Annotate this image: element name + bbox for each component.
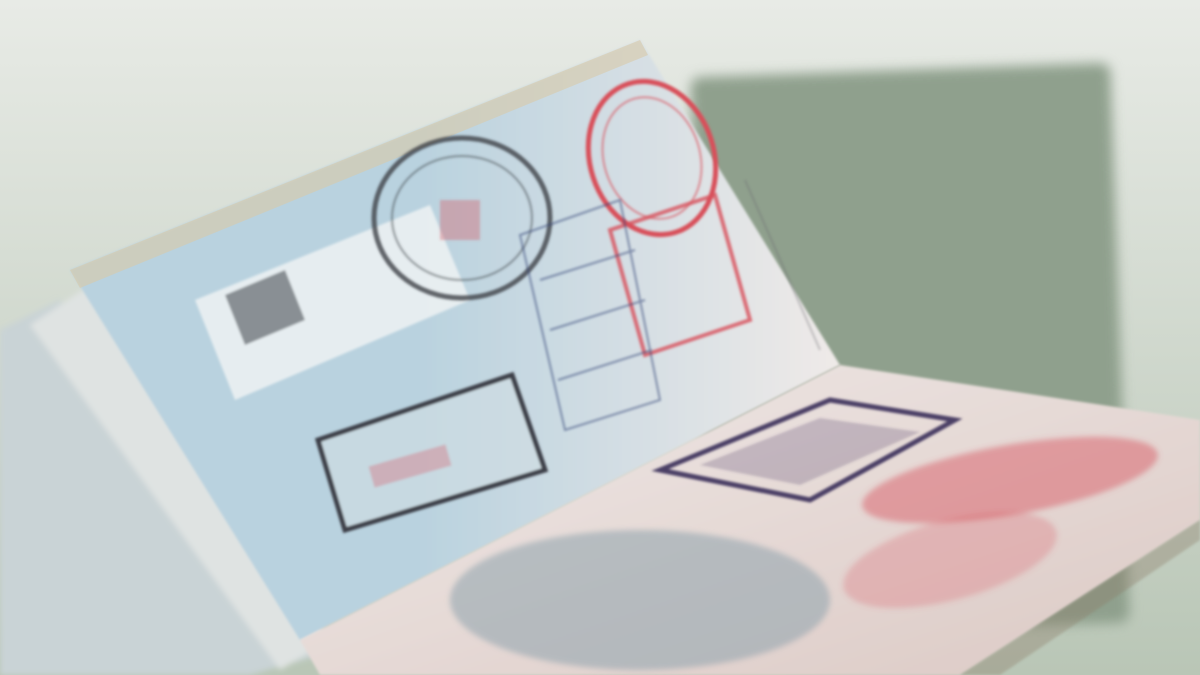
passport-photo — [0, 0, 1200, 675]
passport-illustration — [0, 0, 1200, 675]
